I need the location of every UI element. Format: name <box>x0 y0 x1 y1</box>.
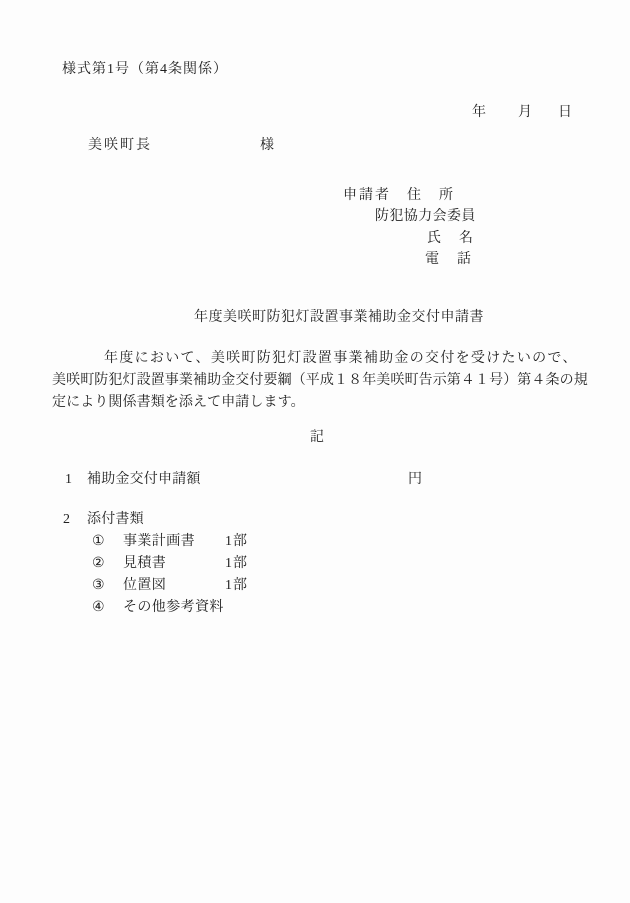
applicant-phone-label: 電 話 <box>425 253 473 267</box>
attachment-label: 事業計画書 <box>123 535 195 549</box>
attachment-label: その他参考資料 <box>123 601 224 615</box>
addressee-honorific: 様 <box>260 139 274 153</box>
attachment-item: ② 見積書 1部 <box>0 557 630 577</box>
attachment-item: ④ その他参考資料 <box>0 601 630 621</box>
attachment-marker: ④ <box>92 601 105 615</box>
applicant-address-label: 申請者 住 所 <box>343 189 455 203</box>
body-paragraph-line: 美咲町防犯灯設置事業補助金交付要綱（平成１８年美咲町告示第４１号）第４条の規 <box>52 370 580 392</box>
addressee-title: 美咲町長 <box>88 139 152 153</box>
date-day-label: 日 <box>558 106 572 120</box>
body-paragraph-line: 定により関係書類を添えて申請します。 <box>52 392 580 414</box>
attachment-marker: ③ <box>92 579 105 593</box>
attachment-item: ① 事業計画書 1部 <box>0 535 630 555</box>
attachment-marker: ① <box>92 535 105 549</box>
body-paragraph: 年度において、美咲町防犯灯設置事業補助金の交付を受けたいので、 美咲町防犯灯設置… <box>52 348 580 414</box>
section-grant-amount: 1 補助金交付申請額 円 <box>0 473 630 493</box>
attachments-heading: 添付書類 <box>87 513 144 527</box>
section-number: 2 <box>63 513 70 527</box>
date-year-label: 年 <box>472 106 486 120</box>
attachment-label: 位置図 <box>123 579 166 593</box>
section-attachments: 2 添付書類 <box>0 513 630 533</box>
attachment-marker: ② <box>92 557 105 571</box>
application-form-page: 様式第1号（第4条関係） 年 月 日 美咲町長 様 申請者 住 所 防犯協力会委… <box>0 0 630 903</box>
applicant-name-label: 氏 名 <box>427 232 475 246</box>
grant-amount-label: 補助金交付申請額 <box>87 473 201 487</box>
record-marker: 記 <box>310 431 324 445</box>
attachment-count: 1部 <box>225 535 248 549</box>
section-number: 1 <box>65 473 72 487</box>
body-paragraph-line: 年度において、美咲町防犯灯設置事業補助金の交付を受けたいので、 <box>52 348 580 370</box>
attachment-count: 1部 <box>225 557 248 571</box>
attachment-count: 1部 <box>225 579 248 593</box>
form-number: 様式第1号（第4条関係） <box>62 63 228 77</box>
applicant-role-label: 防犯協力会委員 <box>375 210 476 224</box>
document-title: 年度美咲町防犯灯設置事業補助金交付申請書 <box>194 311 484 325</box>
attachment-item: ③ 位置図 1部 <box>0 579 630 599</box>
currency-unit-label: 円 <box>408 473 422 487</box>
date-month-label: 月 <box>518 106 532 120</box>
attachment-label: 見積書 <box>123 557 166 571</box>
